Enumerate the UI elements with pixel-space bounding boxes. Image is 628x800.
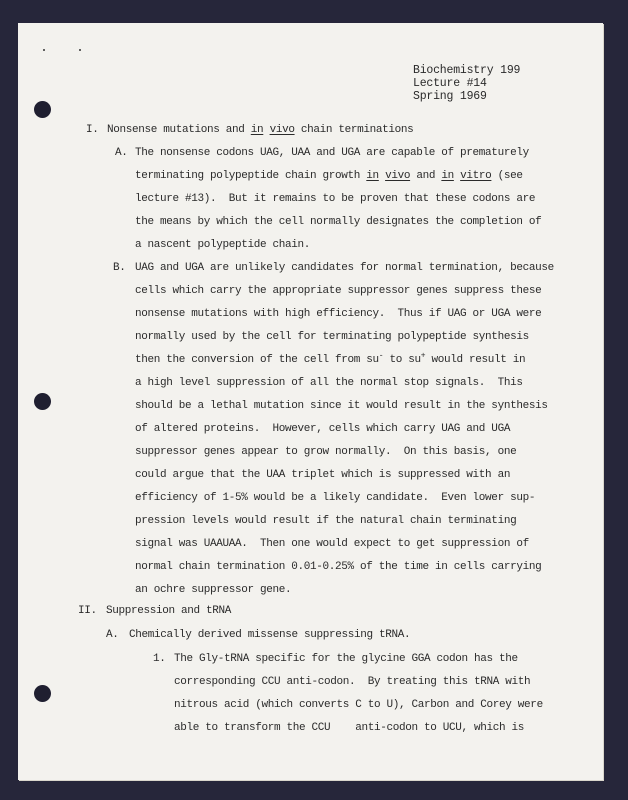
paragraph-line: of altered proteins. However, cells whic… (135, 423, 510, 435)
punch-hole-middle (34, 393, 51, 410)
paragraph-line: nitrous acid (which converts C to U), Ca… (174, 699, 543, 711)
paragraph-line: efficiency of 1-5% would be a likely can… (135, 492, 535, 504)
paragraph-line: normal chain termination 0.01-0.25% of t… (135, 561, 541, 573)
paragraph-line: the means by which the cell normally des… (135, 216, 541, 228)
lecture-number: Lecture #14 (413, 77, 520, 90)
document-page: Biochemistry 199 Lecture #14 Spring 1969… (18, 23, 603, 780)
paragraph-line: able to transform the CCU anti-codon to … (174, 722, 524, 734)
item-label: A. (115, 147, 128, 159)
paragraph-line: cells which carry the appropriate suppre… (135, 285, 541, 297)
item-label: 1. (153, 653, 166, 665)
paragraph-line: then the conversion of the cell from su-… (135, 354, 525, 366)
paragraph-line: signal was UAAUAA. Then one would expect… (135, 538, 529, 550)
paper-speck (43, 49, 45, 51)
paragraph-line: an ochre suppressor gene. (135, 584, 291, 596)
paragraph-line: a nascent polypeptide chain. (135, 239, 310, 251)
paragraph-line: Chemically derived missense suppressing … (129, 629, 410, 641)
paper-speck (79, 49, 81, 51)
paragraph-line: The nonsense codons UAG, UAA and UGA are… (135, 147, 529, 159)
term: Spring 1969 (413, 90, 520, 103)
paragraph-line: lecture #13). But it remains to be prove… (135, 193, 535, 205)
course-name: Biochemistry 199 (413, 64, 520, 77)
punch-hole-top (34, 101, 51, 118)
paragraph-line: pression levels would result if the natu… (135, 515, 516, 527)
course-header: Biochemistry 199 Lecture #14 Spring 1969 (413, 64, 520, 103)
paragraph-line: should be a lethal mutation since it wou… (135, 400, 548, 412)
section-numeral: II. (78, 605, 97, 617)
item-label: A. (106, 629, 119, 641)
item-label: B. (113, 262, 126, 274)
paragraph-line: suppressor genes appear to grow normally… (135, 446, 516, 458)
paragraph-line: The Gly-tRNA specific for the glycine GG… (174, 653, 518, 665)
paragraph-line: corresponding CCU anti-codon. By treatin… (174, 676, 530, 688)
section-title: Suppression and tRNA (106, 605, 231, 617)
paragraph-line: terminating polypeptide chain growth in … (135, 170, 523, 182)
paragraph-line: could argue that the UAA triplet which i… (135, 469, 510, 481)
section-title: Nonsense mutations and in vivo chain ter… (107, 124, 413, 136)
paragraph-line: normally used by the cell for terminatin… (135, 331, 529, 343)
section-numeral: I. (86, 124, 99, 136)
punch-hole-bottom (34, 685, 51, 702)
paragraph-line: nonsense mutations with high efficiency.… (135, 308, 541, 320)
paragraph-line: UAG and UGA are unlikely candidates for … (135, 262, 554, 274)
paragraph-line: a high level suppression of all the norm… (135, 377, 523, 389)
